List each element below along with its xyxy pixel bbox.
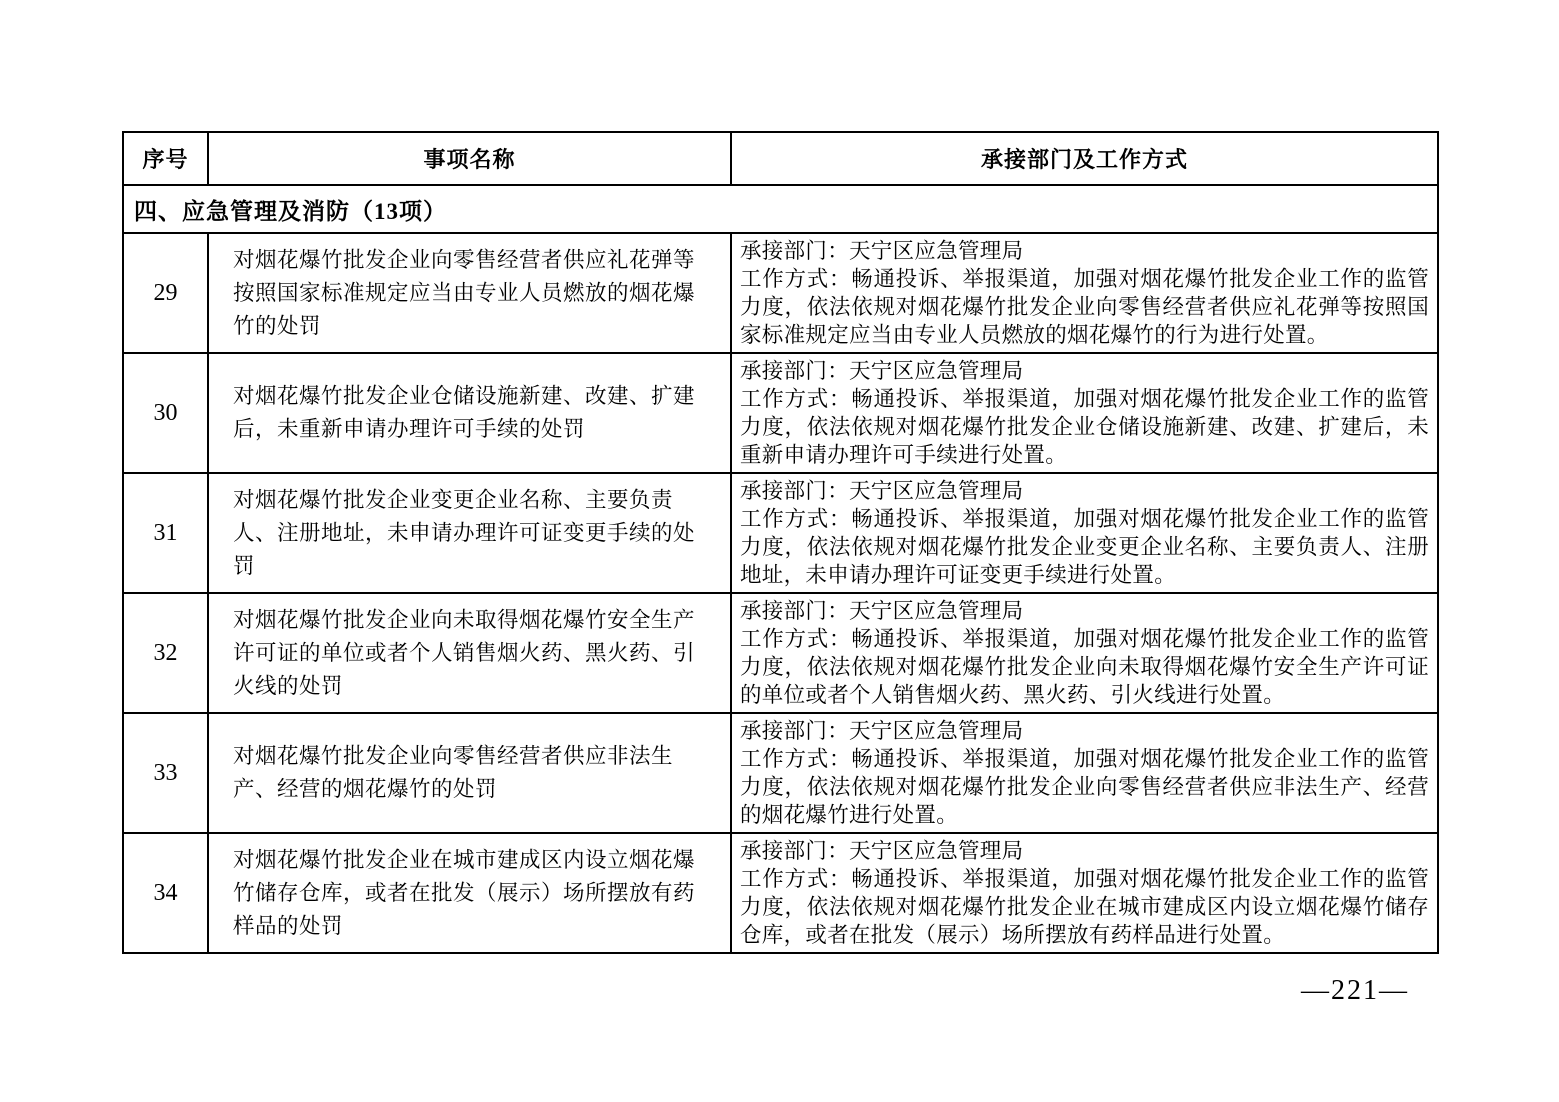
department-line: 承接部门：天宁区应急管理局: [740, 717, 1429, 745]
row-number: 30: [123, 353, 208, 473]
matters-table: 序号 事项名称 承接部门及工作方式 四、应急管理及消防（13项） 29 对烟花爆…: [122, 131, 1439, 954]
document-page: 序号 事项名称 承接部门及工作方式 四、应急管理及消防（13项） 29 对烟花爆…: [0, 0, 1559, 1102]
item-name: 对烟花爆竹批发企业变更企业名称、主要负责人、注册地址，未申请办理许可证变更手续的…: [208, 473, 731, 593]
table-row: 31 对烟花爆竹批发企业变更企业名称、主要负责人、注册地址，未申请办理许可证变更…: [123, 473, 1438, 593]
department-line: 承接部门：天宁区应急管理局: [740, 597, 1429, 625]
row-number: 33: [123, 713, 208, 833]
item-name: 对烟花爆竹批发企业向零售经营者供应礼花弹等按照国家标准规定应当由专业人员燃放的烟…: [208, 233, 731, 353]
row-number: 32: [123, 593, 208, 713]
department-line: 承接部门：天宁区应急管理局: [740, 477, 1429, 505]
dept-and-method: 承接部门：天宁区应急管理局 工作方式：畅通投诉、举报渠道，加强对烟花爆竹批发企业…: [731, 833, 1438, 953]
department-line: 承接部门：天宁区应急管理局: [740, 237, 1429, 265]
method-line: 工作方式：畅通投诉、举报渠道，加强对烟花爆竹批发企业工作的监管力度，依法依规对烟…: [740, 385, 1429, 469]
item-name: 对烟花爆竹批发企业仓储设施新建、改建、扩建后，未重新申请办理许可手续的处罚: [208, 353, 731, 473]
table-row: 29 对烟花爆竹批发企业向零售经营者供应礼花弹等按照国家标准规定应当由专业人员燃…: [123, 233, 1438, 353]
dept-and-method: 承接部门：天宁区应急管理局 工作方式：畅通投诉、举报渠道，加强对烟花爆竹批发企业…: [731, 593, 1438, 713]
section-header-row: 四、应急管理及消防（13项）: [123, 185, 1438, 233]
table-row: 32 对烟花爆竹批发企业向未取得烟花爆竹安全生产许可证的单位或者个人销售烟火药、…: [123, 593, 1438, 713]
dept-and-method: 承接部门：天宁区应急管理局 工作方式：畅通投诉、举报渠道，加强对烟花爆竹批发企业…: [731, 473, 1438, 593]
table-row: 30 对烟花爆竹批发企业仓储设施新建、改建、扩建后，未重新申请办理许可手续的处罚…: [123, 353, 1438, 473]
method-line: 工作方式：畅通投诉、举报渠道，加强对烟花爆竹批发企业工作的监管力度，依法依规对烟…: [740, 505, 1429, 589]
column-header-item: 事项名称: [208, 132, 731, 185]
method-line: 工作方式：畅通投诉、举报渠道，加强对烟花爆竹批发企业工作的监管力度，依法依规对烟…: [740, 745, 1429, 829]
table-row: 33 对烟花爆竹批发企业向零售经营者供应非法生产、经营的烟花爆竹的处罚 承接部门…: [123, 713, 1438, 833]
department-line: 承接部门：天宁区应急管理局: [740, 837, 1429, 865]
column-header-dept: 承接部门及工作方式: [731, 132, 1438, 185]
table-header-row: 序号 事项名称 承接部门及工作方式: [123, 132, 1438, 185]
method-line: 工作方式：畅通投诉、举报渠道，加强对烟花爆竹批发企业工作的监管力度，依法依规对烟…: [740, 865, 1429, 949]
dept-and-method: 承接部门：天宁区应急管理局 工作方式：畅通投诉、举报渠道，加强对烟花爆竹批发企业…: [731, 233, 1438, 353]
department-line: 承接部门：天宁区应急管理局: [740, 357, 1429, 385]
item-name: 对烟花爆竹批发企业在城市建成区内设立烟花爆竹储存仓库，或者在批发（展示）场所摆放…: [208, 833, 731, 953]
section-title: 四、应急管理及消防（13项）: [123, 185, 1438, 233]
row-number: 29: [123, 233, 208, 353]
table-row: 34 对烟花爆竹批发企业在城市建成区内设立烟花爆竹储存仓库，或者在批发（展示）场…: [123, 833, 1438, 953]
column-header-no: 序号: [123, 132, 208, 185]
method-line: 工作方式：畅通投诉、举报渠道，加强对烟花爆竹批发企业工作的监管力度，依法依规对烟…: [740, 625, 1429, 709]
method-line: 工作方式：畅通投诉、举报渠道，加强对烟花爆竹批发企业工作的监管力度，依法依规对烟…: [740, 265, 1429, 349]
row-number: 34: [123, 833, 208, 953]
dept-and-method: 承接部门：天宁区应急管理局 工作方式：畅通投诉、举报渠道，加强对烟花爆竹批发企业…: [731, 353, 1438, 473]
dept-and-method: 承接部门：天宁区应急管理局 工作方式：畅通投诉、举报渠道，加强对烟花爆竹批发企业…: [731, 713, 1438, 833]
page-number: —221—: [1301, 975, 1409, 1007]
item-name: 对烟花爆竹批发企业向零售经营者供应非法生产、经营的烟花爆竹的处罚: [208, 713, 731, 833]
row-number: 31: [123, 473, 208, 593]
item-name: 对烟花爆竹批发企业向未取得烟花爆竹安全生产许可证的单位或者个人销售烟火药、黑火药…: [208, 593, 731, 713]
